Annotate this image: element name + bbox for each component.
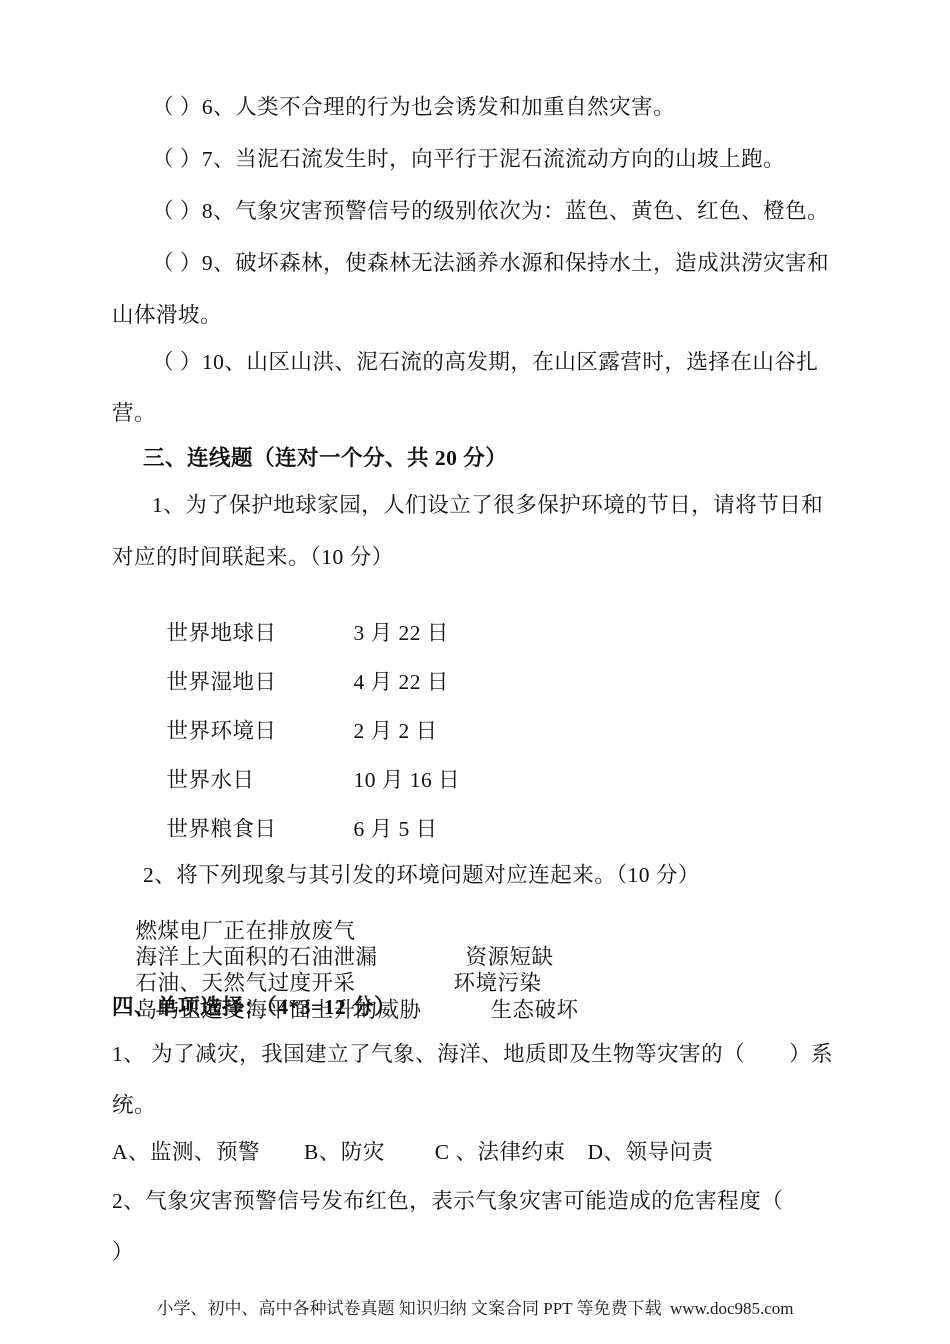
problem-label: 生态破坏 <box>491 998 579 1022</box>
mcq-q1-line2: 统。 <box>112 1091 156 1119</box>
tf-question-10: （ ）10、山区山洪、泥石流的高发期，在山区露营时，选择在山谷扎 <box>112 348 818 376</box>
mcq-q2-line2: ） <box>112 1238 134 1266</box>
tf-question-8: （ ）8、气象灾害预警信号的级别依次为：蓝色、黄色、红色、橙色。 <box>112 197 829 225</box>
exam-paper-page: （ ）6、人类不合理的行为也会诱发和加重自然灾害。 （ ）7、当泥石流发生时，向… <box>0 0 950 1344</box>
section-3-heading: 三、连线题（连对一个分、共 20 分） <box>112 444 507 472</box>
festival-date: 6 月 5 日 <box>354 817 438 841</box>
tf-question-6: （ ）6、人类不合理的行为也会诱发和加重自然灾害。 <box>112 93 675 121</box>
mcq-q1-line1: 1、 为了减灾，我国建立了气象、海洋、地质即及生物等灾害的（ ）系 <box>112 1040 833 1068</box>
match-q1-intro-line2: 对应的时间联起来。（10 分） <box>112 543 394 571</box>
mcq-q2-line1: 2、气象灾害预警信号发布红色，表示气象灾害可能造成的危害程度（ <box>112 1187 783 1215</box>
tf-question-9: （ ）9、破坏森林，使森林无法涵养水源和保持水土，造成洪涝灾害和 <box>112 249 829 277</box>
festival-label: 世界粮食日 <box>167 815 354 843</box>
site-footer: 小学、初中、高中各种试卷真题 知识归纳 文案合同 PPT 等免费下载 www.d… <box>0 1298 950 1320</box>
match-q1-intro-line1: 1、为了保护地球家园，人们设立了很多保护环境的节日，请将节日和 <box>112 491 823 519</box>
tf-question-7: （ ）7、当泥石流发生时，向平行于泥石流流动方向的山坡上跑。 <box>112 145 785 173</box>
mcq-q1-options: A、监测、预警 B、防灾 C 、法律约束 D、领导问责 <box>112 1138 714 1166</box>
tf-question-10-cont: 营。 <box>112 399 156 427</box>
match-row-food-day: 世界粮食日6 月 5 日 <box>112 787 438 871</box>
section-4-heading: 四、单项选择：（4*3=12 分） <box>112 993 396 1021</box>
tf-question-9-cont: 山体滑坡。 <box>112 301 222 329</box>
match-q2-intro: 2、将下列现象与其引发的环境问题对应连起来。（10 分） <box>112 861 700 889</box>
